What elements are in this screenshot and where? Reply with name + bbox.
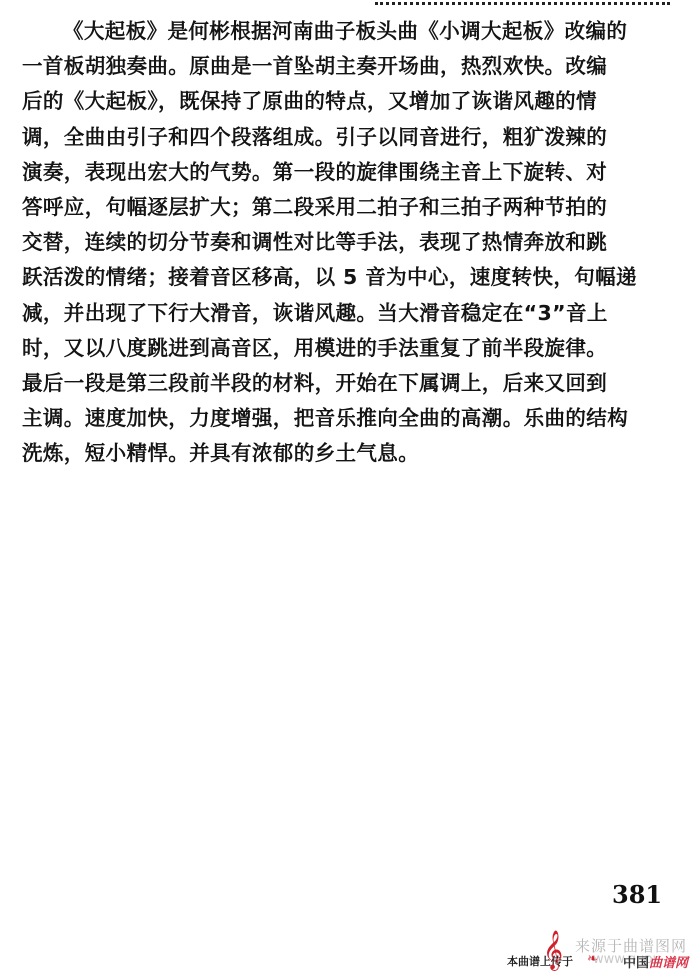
text-line: 跃活泼的情绪；接着音区移高，以 5 音为中心，速度转快，句幅递 [22, 260, 672, 295]
text-line: 演奏，表现出宏大的气势。第一段的旋律围绕主音上下旋转、对 [22, 155, 672, 190]
text-line: 洗炼，短小精悍。并具有浓郁的乡土气息。 [22, 436, 672, 471]
text-line: 主调。速度加快，力度增强，把音乐推向全曲的高潮。乐曲的结构 [22, 401, 672, 436]
page-number: 381 [612, 880, 662, 909]
text-line: 最后一段是第三段前半段的材料，开始在下属调上，后来又回到 [22, 366, 672, 401]
treble-clef-icon: 𝄞 [543, 933, 563, 967]
text-line: 《大起板》是何彬根据河南曲子板头曲《小调大起板》改编的 [22, 14, 672, 49]
text-line: 一首板胡独奏曲。原曲是一首坠胡主奏开场曲，热烈欢快。改编 [22, 49, 672, 84]
top-dotted-rule [375, 2, 670, 5]
watermark-brand-text: 中国 [623, 952, 649, 971]
text-line: 答呼应，句幅逐层扩大；第二段采用二拍子和三拍子两种节拍的 [22, 190, 672, 225]
watermark-footer: 来源于曲谱图网 本曲谱上传于 𝄞 ❧ www.qupu 中国 曲谱网 [505, 935, 700, 971]
text-line: 时，又以八度跳进到高音区，用模进的手法重复了前半段旋律。 [22, 331, 672, 366]
text-line: 后的《大起板》，既保持了原曲的特点，又增加了诙谐风趣的情 [22, 84, 672, 119]
text-line: 调，全曲由引子和四个段落组成。引子以同音进行，粗犷泼辣的 [22, 120, 672, 155]
text-line: 交替，连续的切分节奏和调性对比等手法，表现了热情奔放和跳 [22, 225, 672, 260]
text-line: 减，并出现了下行大滑音，诙谐风趣。当大滑音稳定在“3”音上 [22, 296, 672, 331]
watermark-brand-accent-text: 曲谱网 [649, 952, 688, 971]
article-paragraph: 《大起板》是何彬根据河南曲子板头曲《小调大起板》改编的 一首板胡独奏曲。原曲是一… [22, 14, 672, 472]
